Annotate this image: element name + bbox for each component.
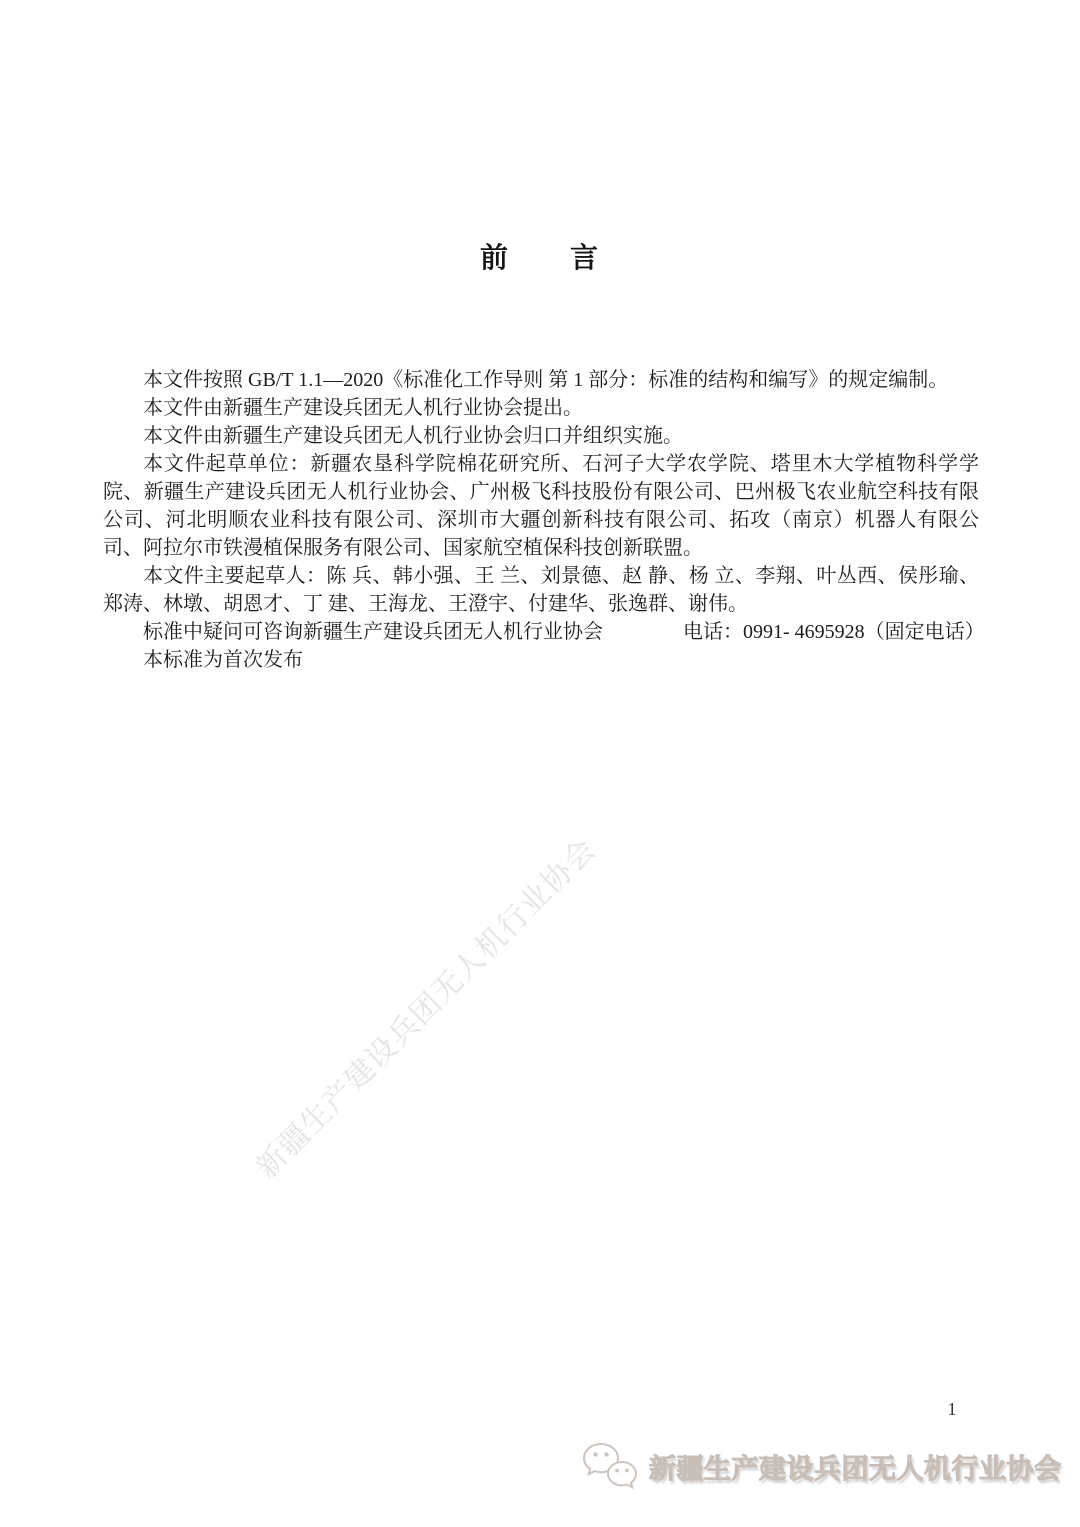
paragraph-4: 本文件起草单位：新疆农垦科学院棉花研究所、石河子大学农学院、塔里木大学植物科学学… — [103, 450, 979, 562]
wechat-icon — [580, 1438, 640, 1494]
paragraph-7: 本标准为首次发布 — [103, 646, 979, 674]
paragraph-2: 本文件由新疆生产建设兵团无人机行业协会提出。 — [103, 394, 979, 422]
paragraph-3: 本文件由新疆生产建设兵团无人机行业协会归口并组织实施。 — [103, 422, 979, 450]
paragraph-1: 本文件按照 GB/T 1.1—2020《标准化工作导则 第 1 部分：标准的结构… — [103, 366, 979, 394]
paragraph-5: 本文件主要起草人：陈 兵、韩小强、王 兰、刘景德、赵 静、杨 立、李翔、叶丛西、… — [103, 562, 979, 618]
diagonal-watermark: 新疆生产建设兵团无人机行业协会 — [244, 830, 600, 1186]
page-title: 前 言 — [0, 236, 1080, 276]
document-page: 前 言 本文件按照 GB/T 1.1—2020《标准化工作导则 第 1 部分：标… — [0, 0, 1080, 1527]
foreword-paragraphs: 本文件按照 GB/T 1.1—2020《标准化工作导则 第 1 部分：标准的结构… — [103, 366, 979, 674]
footer-brand-text: 新疆生产建设兵团无人机行业协会 — [649, 1447, 1062, 1486]
page-number: 1 — [938, 1399, 966, 1420]
footer-brand-bar: 新疆生产建设兵团无人机行业协会 — [580, 1438, 1062, 1494]
paragraph-6: 标准中疑问可咨询新疆生产建设兵团无人机行业协会 电话：0991- 4695928… — [103, 618, 979, 646]
